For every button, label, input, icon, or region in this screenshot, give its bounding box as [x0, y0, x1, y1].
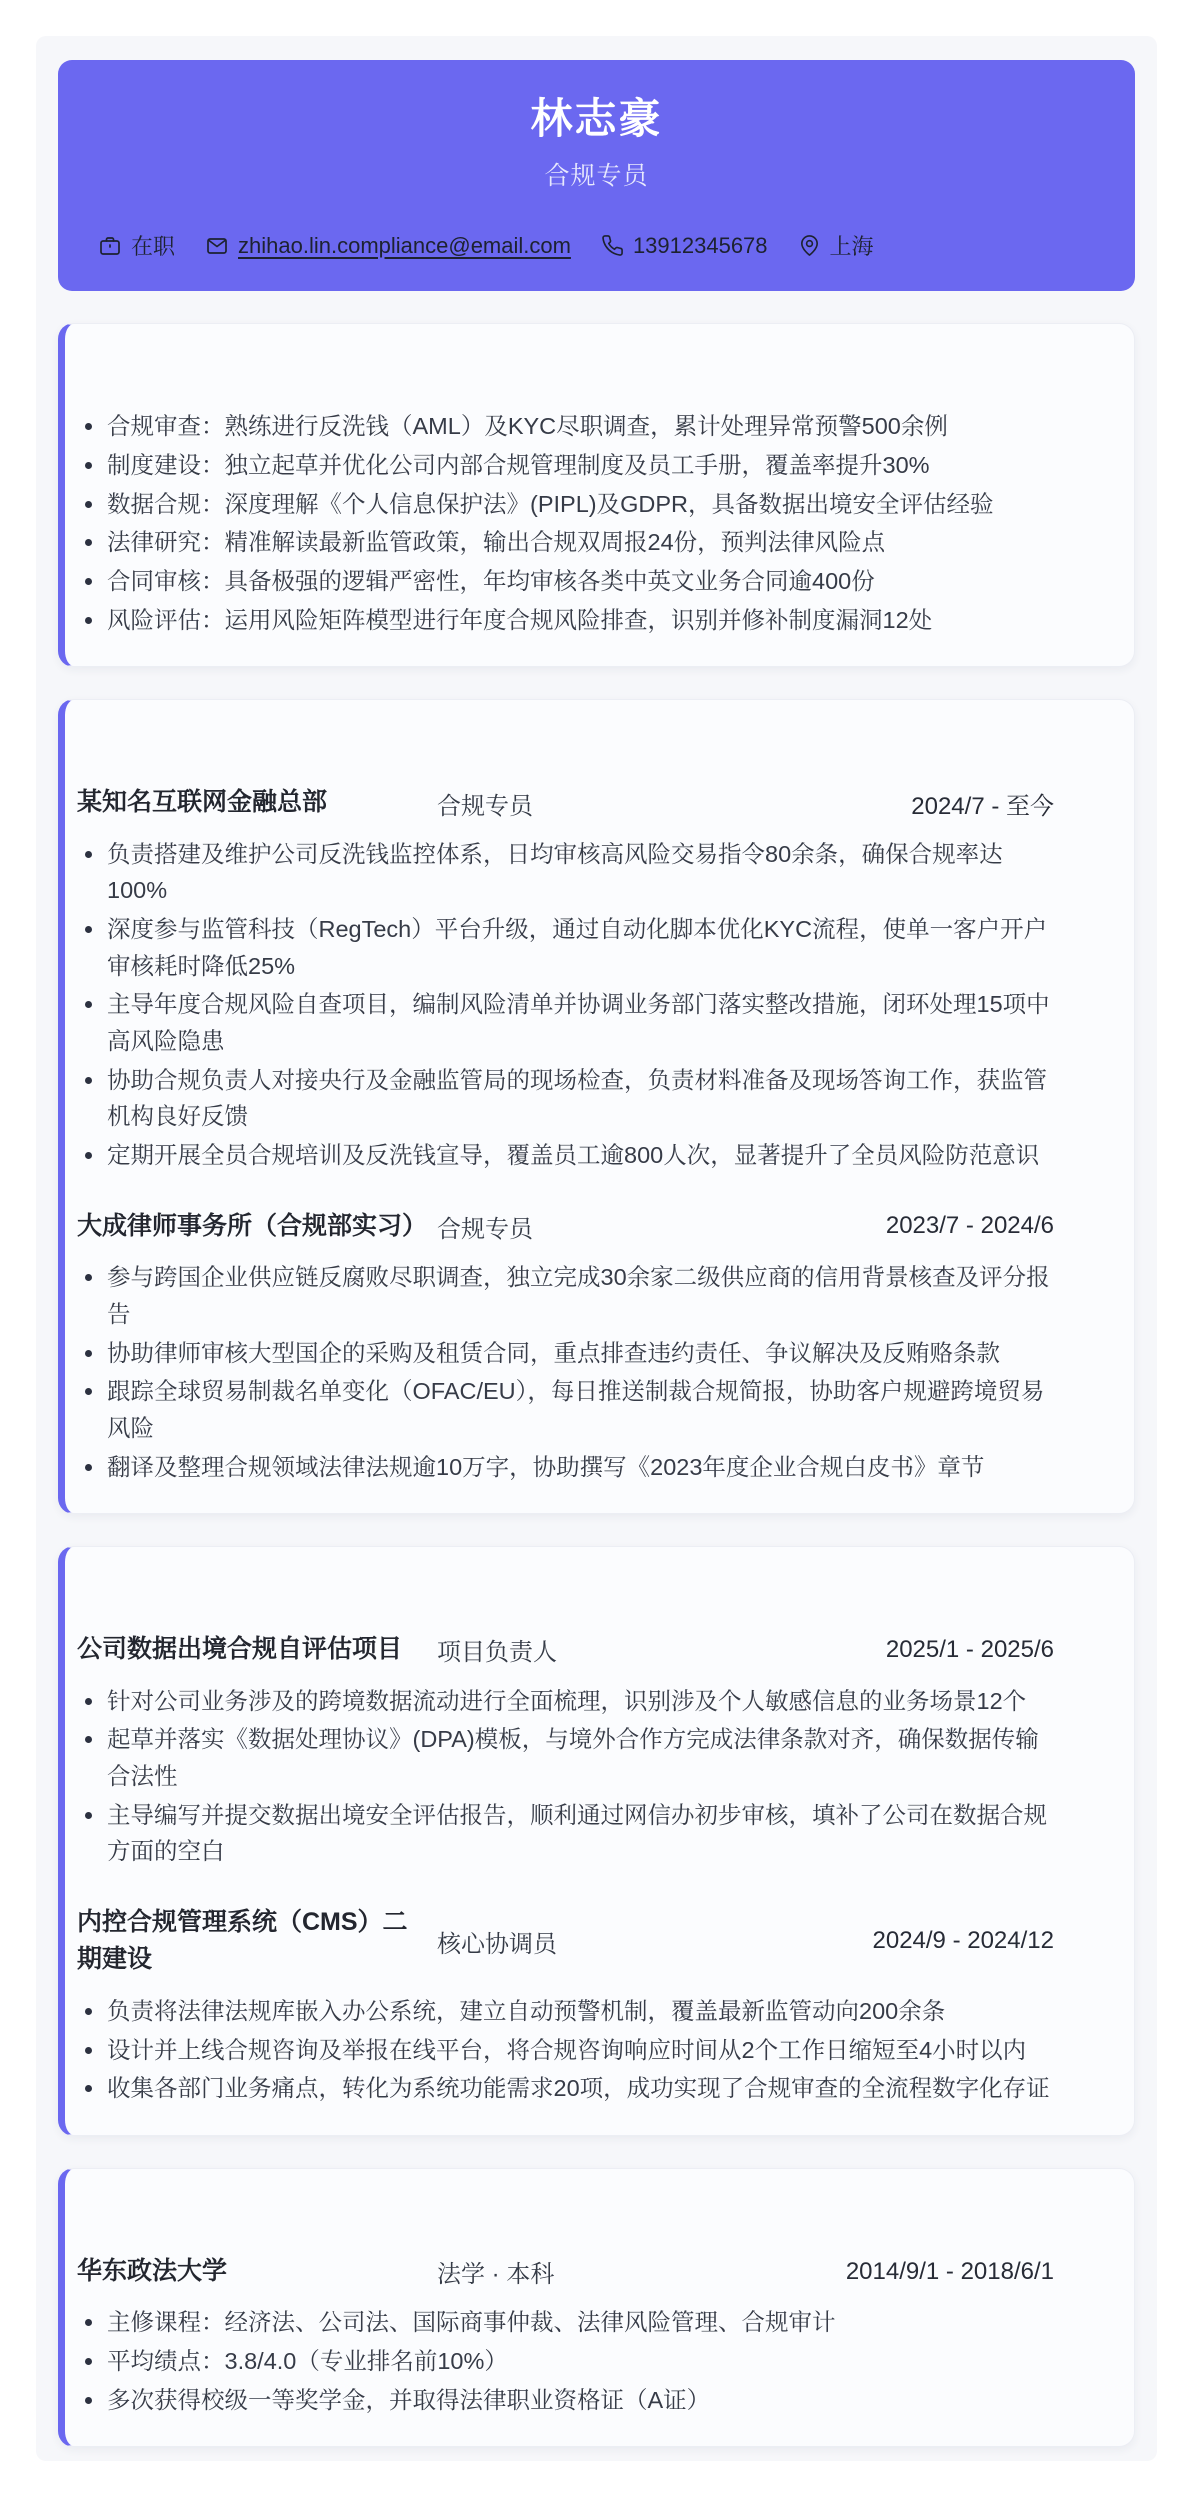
candidate-title: 合规专员: [78, 156, 1115, 192]
section-card-work-experience: 某知名互联网金融总部 合规专员 2024/7 - 至今 负责搭建及维护公司反洗钱…: [58, 699, 1135, 1514]
location-item: 上海: [798, 230, 874, 261]
phone-label: 13912345678: [633, 233, 768, 259]
bullet-item: 主修课程：经济法、公司法、国际商事仲裁、法律风险管理、合规审计: [77, 2304, 1054, 2341]
contact-row: 在职 zhihao.lin.compliance@email.com 13912…: [78, 230, 1115, 261]
entry-header: 公司数据出境合规自评估项目 项目负责人 2025/1 - 2025/6: [77, 1631, 1054, 1669]
education-entry: 华东政法大学 法学 · 本科 2014/9/1 - 2018/6/1 主修课程：…: [77, 2253, 1054, 2418]
section-card-core-skills: 合规审查：熟练进行反洗钱（AML）及KYC尽职调查，累计处理异常预警500余例 …: [58, 323, 1135, 667]
candidate-name: 林志豪: [78, 94, 1115, 144]
location-label: 上海: [830, 230, 874, 261]
bullet-item: 数据合规：深度理解《个人信息保护法》(PIPL)及GDPR，具备数据出境安全评估…: [77, 486, 1054, 523]
date-range: 2023/7 - 2024/6: [886, 1212, 1054, 1240]
email-item: zhihao.lin.compliance@email.com: [205, 233, 571, 259]
bullet-item: 合同审核：具备极强的逻辑严密性，年均审核各类中英文业务合同逾400份: [77, 563, 1054, 600]
project-role: 项目负责人: [437, 1632, 886, 1667]
bullet-item: 风险评估：运用风险矩阵模型进行年度合规风险排查，识别并修补制度漏洞12处: [77, 602, 1054, 639]
entry-header: 某知名互联网金融总部 合规专员 2024/7 - 至今: [77, 784, 1054, 822]
bullet-item: 合规审查：熟练进行反洗钱（AML）及KYC尽职调查，累计处理异常预警500余例: [77, 408, 1054, 445]
entry-bullets: 负责将法律法规库嵌入办公系统，建立自动预警机制，覆盖最新监管动向200余条 设计…: [77, 1993, 1054, 2107]
bullet-item: 设计并上线合规咨询及举报在线平台，将合规咨询响应时间从2个工作日缩短至4小时以内: [77, 2032, 1054, 2069]
bullet-item: 参与跨国企业供应链反腐败尽职调查，独立完成30余家二级供应商的信用背景核查及评分…: [77, 1259, 1054, 1332]
experience-entry: 某知名互联网金融总部 合规专员 2024/7 - 至今 负责搭建及维护公司反洗钱…: [77, 784, 1054, 1173]
project-name: 内控合规管理系统（CMS）二期建设: [77, 1904, 437, 1979]
job-role: 合规专员: [437, 786, 911, 821]
entry-header: 内控合规管理系统（CMS）二期建设 核心协调员 2024/9 - 2024/12: [77, 1904, 1054, 1979]
entry-bullets: 主修课程：经济法、公司法、国际商事仲裁、法律风险管理、合规审计 平均绩点：3.8…: [77, 2304, 1054, 2418]
bullet-item: 针对公司业务涉及的跨境数据流动进行全面梳理，识别涉及个人敏感信息的业务场景12个: [77, 1683, 1054, 1720]
date-range: 2014/9/1 - 2018/6/1: [846, 2258, 1054, 2286]
phone-item: 13912345678: [601, 233, 768, 259]
bullet-item: 多次获得校级一等奖学金，并取得法律职业资格证（A证）: [77, 2382, 1054, 2419]
section-card-projects: 公司数据出境合规自评估项目 项目负责人 2025/1 - 2025/6 针对公司…: [58, 1546, 1135, 2136]
map-pin-icon: [798, 234, 821, 257]
date-range: 2025/1 - 2025/6: [886, 1636, 1054, 1664]
project-entry: 公司数据出境合规自评估项目 项目负责人 2025/1 - 2025/6 针对公司…: [77, 1631, 1054, 1870]
bullet-item: 平均绩点：3.8/4.0（专业排名前10%）: [77, 2343, 1054, 2380]
entry-bullets: 参与跨国企业供应链反腐败尽职调查，独立完成30余家二级供应商的信用背景核查及评分…: [77, 1259, 1054, 1485]
bullet-item: 法律研究：精准解读最新监管政策，输出合规双周报24份，预判法律风险点: [77, 524, 1054, 561]
entry-bullets: 针对公司业务涉及的跨境数据流动进行全面梳理，识别涉及个人敏感信息的业务场景12个…: [77, 1683, 1054, 1870]
skills-list: 合规审查：熟练进行反洗钱（AML）及KYC尽职调查，累计处理异常预警500余例 …: [77, 408, 1054, 638]
school-name: 华东政法大学: [77, 2253, 437, 2291]
bullet-item: 协助合规负责人对接央行及金融监管局的现场检查，负责材料准备及现场答询工作，获监管…: [77, 1062, 1054, 1135]
bullet-item: 翻译及整理合规领域法律法规逾10万字，协助撰写《2023年度企业合规白皮书》章节: [77, 1449, 1054, 1486]
resume-page: 林志豪 合规专员 在职 zhihao.lin.compliance@email.…: [36, 36, 1157, 2461]
bullet-item: 定期开展全员合规培训及反洗钱宣导，覆盖员工逾800人次，显著提升了全员风险防范意…: [77, 1137, 1054, 1174]
experience-entry: 大成律师事务所（合规部实习） 合规专员 2023/7 - 2024/6 参与跨国…: [77, 1208, 1054, 1485]
job-role: 合规专员: [437, 1209, 886, 1244]
bullet-item: 起草并落实《数据处理协议》(DPA)模板，与境外合作方完成法律条款对齐，确保数据…: [77, 1721, 1054, 1794]
bullet-item: 协助律师审核大型国企的采购及租赁合同，重点排查违约责任、争议解决及反贿赂条款: [77, 1335, 1054, 1372]
date-range: 2024/9 - 2024/12: [873, 1927, 1055, 1955]
bullet-item: 负责搭建及维护公司反洗钱监控体系，日均审核高风险交易指令80余条，确保合规率达1…: [77, 836, 1054, 909]
hero-card: 林志豪 合规专员 在职 zhihao.lin.compliance@email.…: [58, 60, 1135, 291]
date-range: 2024/7 - 至今: [911, 786, 1054, 821]
company-name: 大成律师事务所（合规部实习）: [77, 1208, 437, 1246]
mail-icon: [205, 234, 229, 258]
bullet-item: 主导年度合规风险自查项目，编制风险清单并协调业务部门落实整改措施，闭环处理15项…: [77, 986, 1054, 1059]
bullet-item: 收集各部门业务痛点，转化为系统功能需求20项，成功实现了合规审查的全流程数字化存…: [77, 2070, 1054, 2107]
entry-header: 华东政法大学 法学 · 本科 2014/9/1 - 2018/6/1: [77, 2253, 1054, 2291]
company-name: 某知名互联网金融总部: [77, 784, 437, 822]
employment-status-item: 在职: [98, 230, 175, 261]
bullet-item: 跟踪全球贸易制裁名单变化（OFAC/EU），每日推送制裁合规简报，协助客户规避跨…: [77, 1373, 1054, 1446]
bullet-item: 负责将法律法规库嵌入办公系统，建立自动预警机制，覆盖最新监管动向200余条: [77, 1993, 1054, 2030]
email-link[interactable]: zhihao.lin.compliance@email.com: [238, 233, 571, 259]
entry-bullets: 负责搭建及维护公司反洗钱监控体系，日均审核高风险交易指令80余条，确保合规率达1…: [77, 836, 1054, 1174]
employment-status-label: 在职: [131, 230, 175, 261]
bullet-item: 制度建设：独立起草并优化公司内部合规管理制度及员工手册，覆盖率提升30%: [77, 447, 1054, 484]
bullet-item: 主导编写并提交数据出境安全评估报告，顺利通过网信办初步审核，填补了公司在数据合规…: [77, 1797, 1054, 1870]
project-entry: 内控合规管理系统（CMS）二期建设 核心协调员 2024/9 - 2024/12…: [77, 1904, 1054, 2107]
project-name: 公司数据出境合规自评估项目: [77, 1631, 437, 1669]
degree-label: 法学 · 本科: [437, 2254, 846, 2289]
project-role: 核心协调员: [437, 1924, 873, 1959]
briefcase-icon: [98, 234, 122, 258]
section-card-education: 华东政法大学 法学 · 本科 2014/9/1 - 2018/6/1 主修课程：…: [58, 2168, 1135, 2447]
phone-icon: [601, 234, 624, 257]
bullet-item: 深度参与监管科技（RegTech）平台升级，通过自动化脚本优化KYC流程，使单一…: [77, 911, 1054, 984]
entry-header: 大成律师事务所（合规部实习） 合规专员 2023/7 - 2024/6: [77, 1208, 1054, 1246]
